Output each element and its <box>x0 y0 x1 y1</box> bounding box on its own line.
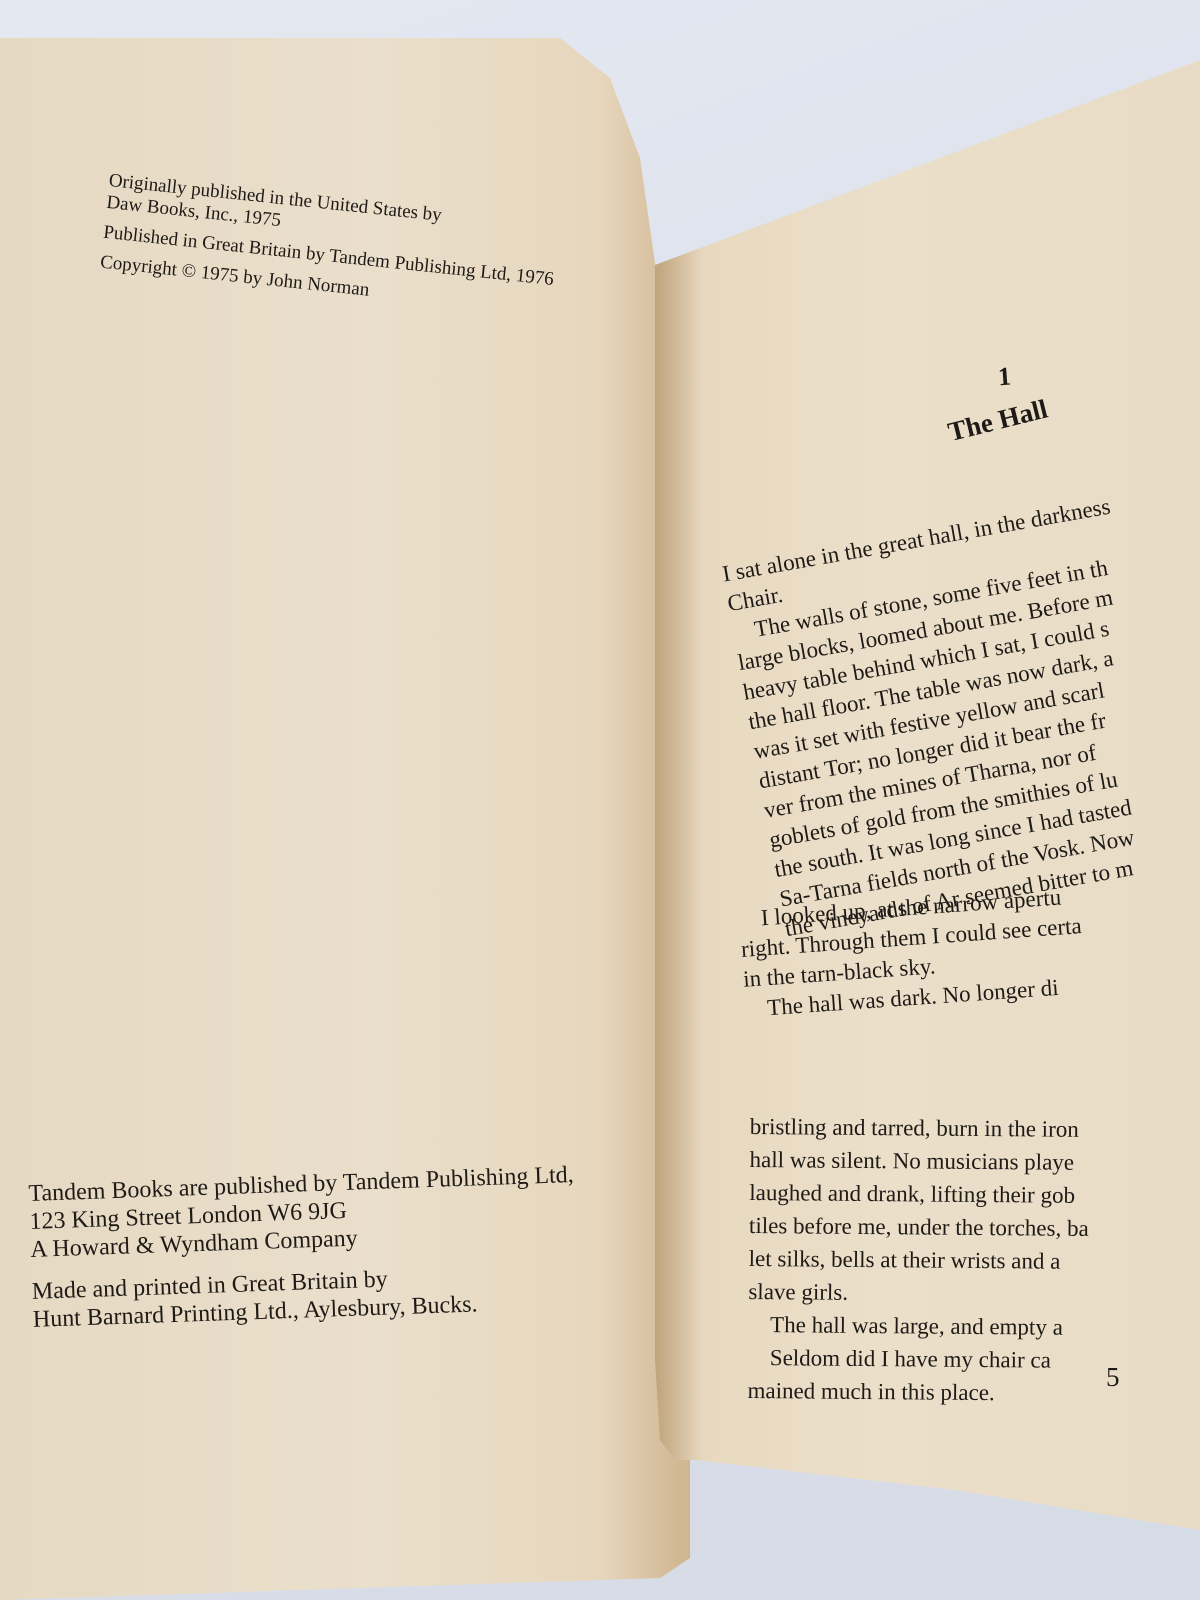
chapter-body-bottom: bristling and tarred, burn in the iron h… <box>747 1110 1200 1412</box>
publisher-imprint: Tandem Books are published by Tandem Pub… <box>28 1161 579 1334</box>
body-line: mained much in this place. <box>747 1374 1200 1412</box>
right-page-gutter-shadow <box>655 60 705 1530</box>
page-number: 5 <box>1106 1362 1120 1393</box>
chapter-number: 1 <box>997 362 1012 393</box>
